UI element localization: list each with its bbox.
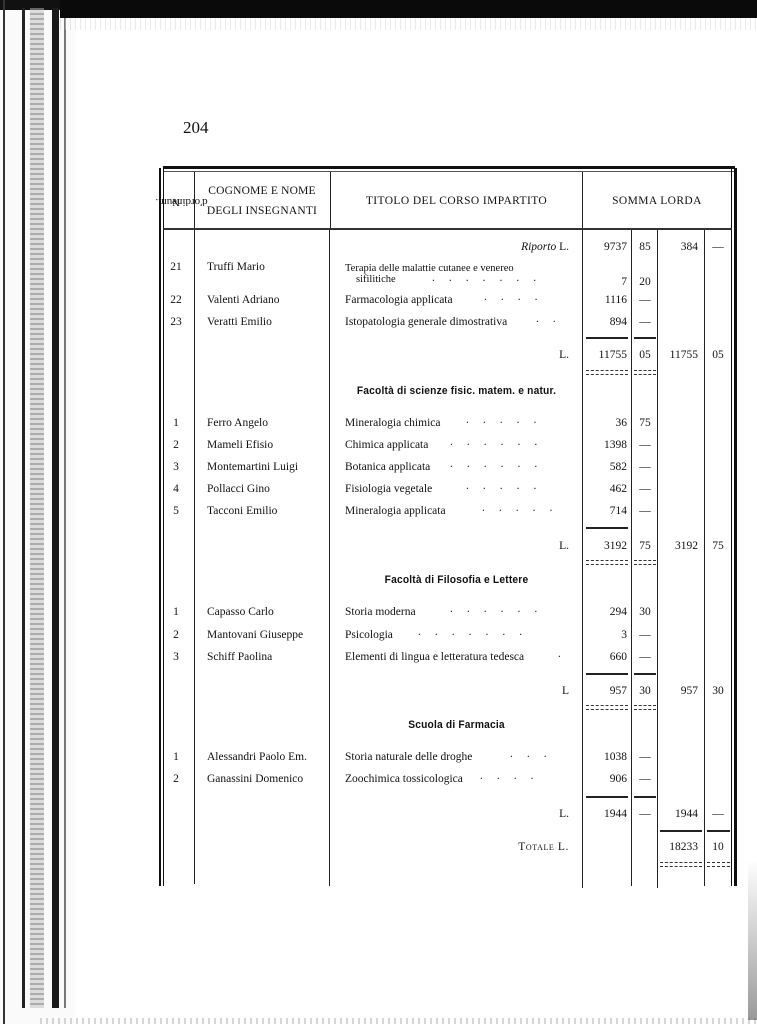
- amount-lire: 11755: [584, 348, 627, 362]
- amount-lire: 462: [584, 482, 627, 496]
- amount-cents: 30: [633, 605, 657, 619]
- teacher-name: Pollacci Gino: [207, 482, 270, 496]
- leader-dots: .......: [418, 626, 536, 638]
- amount-cents: —: [633, 482, 657, 496]
- amount-cents: 75: [633, 416, 657, 430]
- teacher-name: Alessandri Paolo Em.: [207, 750, 307, 764]
- sum-rule: [586, 337, 628, 339]
- header-num-ordine: Num.d'ordine: [165, 174, 193, 228]
- course-title: Mineralogia chimica: [345, 416, 440, 430]
- amount-lire: 894: [584, 315, 627, 329]
- course-title: Istopatologia generale dimostrativa: [345, 315, 507, 329]
- scan-top-edge: [60, 0, 757, 18]
- header-divider: [163, 228, 732, 230]
- amount-cents: 75: [633, 539, 657, 553]
- grand-total-lire: 18233: [659, 840, 698, 854]
- amount-cents: 20: [633, 275, 657, 289]
- amount-lire: 294: [584, 605, 627, 619]
- row-number: 22: [165, 293, 187, 307]
- total-cents: 05: [706, 348, 730, 362]
- amount-cents: —: [633, 460, 657, 474]
- course-title: Storia naturale delle droghe: [345, 750, 472, 764]
- teacher-name: Ferro Angelo: [207, 416, 268, 430]
- scan-right-edge: [748, 860, 757, 1020]
- row-number: 2: [165, 438, 187, 452]
- teacher-name: Mameli Efisio: [207, 438, 273, 452]
- teacher-name: Ganassini Domenico: [207, 772, 303, 786]
- amount-cents: —: [633, 293, 657, 307]
- row-number: 3: [165, 650, 187, 664]
- double-rule: [586, 705, 628, 710]
- grand-total-label: Totale L.: [440, 840, 569, 854]
- total-lire: 3192: [659, 539, 698, 553]
- total-cents: 75: [706, 539, 730, 553]
- sum-rule: [707, 830, 730, 832]
- amount-cents: 05: [633, 348, 657, 362]
- amount-cents: —: [633, 315, 657, 329]
- double-rule: [707, 862, 730, 867]
- scan-noise: [60, 18, 757, 30]
- course-title: Chimica applicata: [345, 438, 428, 452]
- amount-cents: 30: [633, 684, 657, 698]
- header-teacher-name: COGNOME E NOME DEGLI INSEGNANTI: [195, 174, 329, 228]
- col-divider: [329, 230, 330, 886]
- amount-cents: —: [633, 750, 657, 764]
- header-course-title: TITOLO DEL CORSO IMPARTITO: [331, 174, 582, 228]
- course-title: Fisiologia vegetale: [345, 482, 432, 496]
- amount-lire: 1116: [584, 293, 627, 307]
- leader-dots: ....: [484, 291, 552, 303]
- teacher-name: Capasso Carlo: [207, 605, 274, 619]
- subtotal-label: L: [440, 684, 569, 698]
- leader-dots: ....: [480, 770, 548, 782]
- header-name-line2: DEGLI INSEGNANTI: [207, 201, 317, 221]
- amount-cents: —: [633, 772, 657, 786]
- leader-dots: .: [558, 648, 575, 660]
- subtotal-label: L.: [440, 348, 569, 362]
- row-number: 1: [165, 605, 187, 619]
- sum-rule: [586, 673, 628, 675]
- row-number: 5: [165, 504, 187, 518]
- table-right-border: [731, 168, 737, 886]
- row-number: 4: [165, 482, 187, 496]
- course-title: Storia moderna: [345, 605, 416, 619]
- amount-lire: 36: [584, 416, 627, 430]
- col-divider: [704, 230, 705, 886]
- amount-lire: 7: [584, 275, 627, 289]
- course-title: Botanica applicata: [345, 460, 430, 474]
- course-title: Mineralogia applicata: [345, 504, 446, 518]
- teacher-name: Tacconi Emilio: [207, 504, 277, 518]
- row-number: 3: [165, 460, 187, 474]
- amount-lire: 957: [584, 684, 627, 698]
- leader-dots: .....: [482, 502, 566, 514]
- double-rule: [634, 560, 656, 565]
- sum-rule: [634, 337, 656, 339]
- amount-lire: 1398: [584, 438, 627, 452]
- amount-lire: 660: [584, 650, 627, 664]
- carry-forward-label: Riporto L.: [440, 240, 569, 254]
- teacher-name: Valenti Adriano: [207, 293, 280, 307]
- total-lire: 1944: [659, 807, 698, 821]
- amount-cents: —: [633, 650, 657, 664]
- total-lire: 384: [659, 240, 698, 254]
- total-cents: —: [706, 240, 730, 254]
- leader-dots: ......: [450, 603, 551, 615]
- teacher-name: Veratti Emilio: [207, 315, 272, 329]
- amount-lire: 9737: [584, 240, 627, 254]
- leader-dots: .......: [432, 272, 550, 284]
- double-rule: [660, 862, 702, 867]
- total-cents: 30: [706, 684, 730, 698]
- amount-cents: —: [633, 807, 657, 821]
- leader-dots: ..: [536, 313, 570, 325]
- double-rule: [586, 370, 628, 375]
- grand-total-cents: 10: [706, 840, 730, 854]
- row-number: 2: [165, 772, 187, 786]
- amount-lire: 1944: [584, 807, 627, 821]
- double-rule: [634, 370, 656, 375]
- amount-lire: 906: [584, 772, 627, 786]
- course-title: Psicologia: [345, 628, 393, 642]
- amount-cents: —: [633, 628, 657, 642]
- course-title: Zoochimica tossicologica: [345, 772, 463, 786]
- amount-lire: 1038: [584, 750, 627, 764]
- amount-cents: —: [633, 438, 657, 452]
- amount-lire: 3: [584, 628, 627, 642]
- double-rule: [586, 560, 628, 565]
- leader-dots: .....: [466, 414, 550, 426]
- teacher-name: Mantovani Giuseppe: [207, 628, 303, 642]
- table-top-border: [163, 166, 735, 172]
- sum-rule: [634, 796, 656, 798]
- teacher-name: Schiff Paolina: [207, 650, 272, 664]
- sum-rule: [634, 673, 656, 675]
- col-divider: [657, 230, 658, 888]
- leader-dots: ......: [450, 436, 551, 448]
- book-spine: [0, 0, 75, 1024]
- sum-rule: [660, 830, 702, 832]
- subtotal-label: L.: [440, 539, 569, 553]
- course-title: Elementi di lingua e letteratura tedesca: [345, 650, 524, 664]
- page-number: 204: [183, 118, 209, 138]
- section-heading: Scuola di Farmacia: [340, 718, 573, 732]
- amount-lire: 582: [584, 460, 627, 474]
- leader-dots: .....: [466, 480, 550, 492]
- subtotal-label: L.: [440, 807, 569, 821]
- table-left-border: [159, 168, 164, 886]
- course-title-cont: sifilitiche: [356, 274, 396, 285]
- sum-rule: [586, 796, 628, 798]
- amount-lire: 3192: [584, 539, 627, 553]
- double-rule: [634, 705, 656, 710]
- row-number: 1: [165, 750, 187, 764]
- course-title: Farmacologia applicata: [345, 293, 453, 307]
- total-cents: —: [706, 807, 730, 821]
- teacher-name: Truffi Mario: [207, 260, 265, 274]
- teacher-name: Montemartini Luigi: [207, 460, 298, 474]
- total-lire: 957: [659, 684, 698, 698]
- sum-rule: [586, 527, 628, 529]
- row-number: 2: [165, 628, 187, 642]
- header-name-line1: COGNOME E NOME: [208, 181, 316, 201]
- col-divider: [631, 230, 632, 886]
- row-number: 21: [165, 260, 187, 274]
- leader-dots: ......: [450, 458, 551, 470]
- scan-bottom-edge: [40, 1018, 757, 1024]
- section-heading: Facoltà di scienze fisic. matem. e natur…: [340, 384, 573, 398]
- col-divider: [582, 230, 583, 888]
- amount-cents: —: [633, 504, 657, 518]
- header-gross-sum: SOMMA LORDA: [583, 174, 731, 228]
- amount-lire: 714: [584, 504, 627, 518]
- row-number: 1: [165, 416, 187, 430]
- section-heading: Facoltà di Filosofia e Lettere: [340, 573, 573, 587]
- col-divider: [194, 230, 195, 884]
- leader-dots: ...: [510, 748, 561, 760]
- total-lire: 11755: [659, 348, 698, 362]
- amount-cents: 85: [633, 240, 657, 254]
- row-number: 23: [165, 315, 187, 329]
